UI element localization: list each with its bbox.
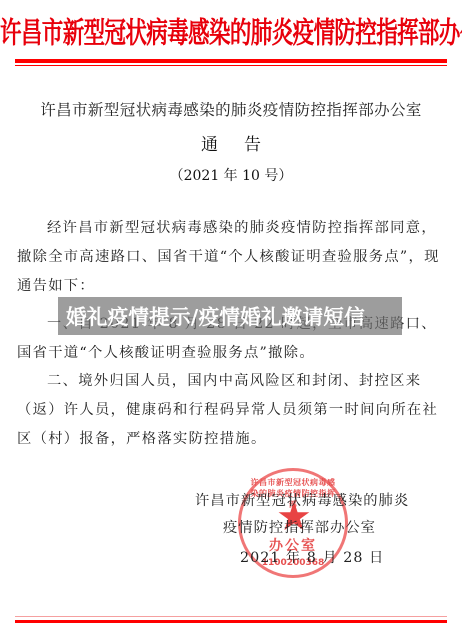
paragraph-item-2: 二、境外归国人员，国内中高风险区和封闭、封控区来（返）许人员，健康码和行程码异常… xyxy=(17,367,449,454)
paragraph-intro: 经许昌市新型冠状病毒感染的肺炎疫情防控指挥部同意，撤除全市高速路口、国省干道“个… xyxy=(17,214,449,301)
signature-date: 2021 年 8 月 28 日 xyxy=(240,547,384,567)
notice-title: 通告 xyxy=(0,130,462,155)
letterhead-rule-thick xyxy=(15,59,447,63)
issuing-organization: 许昌市新型冠状病毒感染的肺炎疫情防控指挥部办公室 xyxy=(0,98,462,120)
red-letterhead-title: 许昌市新型冠状病毒感染的肺炎疫情防控指挥部办公室 xyxy=(0,10,462,52)
footer-rule-thick xyxy=(15,620,447,623)
signature-org-line-2: 疫情防控指挥部办公室 xyxy=(223,517,376,537)
signature-org-line-1: 许昌市新型冠状病毒感染的肺炎 xyxy=(195,490,409,510)
overlay-title: 婚礼疫情提示/疫情婚礼邀请短信 xyxy=(66,300,365,330)
footer-rule-thin xyxy=(15,616,447,617)
document-number: （2021 年 10 号） xyxy=(0,165,462,185)
letterhead-rule-thin xyxy=(15,65,447,66)
